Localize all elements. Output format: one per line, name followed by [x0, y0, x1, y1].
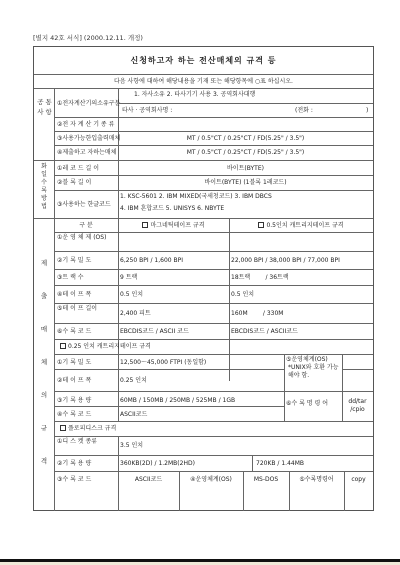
cartridge-05-header: 0.5인치 캐트리지테이프 규격 — [229, 222, 373, 229]
cartridge025-os-input[interactable] — [343, 370, 373, 391]
category-header: 구 분 — [54, 222, 118, 229]
phone-input[interactable] — [319, 105, 364, 115]
media-row-label: ②기 록 밀 도 — [57, 257, 91, 264]
media-row-label: ⑥수 록 코 드 — [57, 328, 91, 335]
cartridge025-width-value[interactable]: 0.25 인치 — [120, 377, 147, 384]
cartridge-width-value[interactable]: 0.5 인치 — [231, 291, 254, 298]
floppy-checkbox[interactable] — [60, 425, 66, 431]
media-row-label: ①운 영 체 제 (OS) — [57, 234, 117, 241]
block-length-label: ②블 록 길 이 — [57, 179, 91, 186]
cartridge-tracks-value[interactable]: 18트랙 / 36트랙 — [231, 274, 289, 281]
cartridge025-command-label: ⑥수 록 명 령 어 — [286, 399, 341, 408]
phone-close: ) — [366, 107, 368, 114]
cartridge-05-checkbox[interactable] — [258, 222, 264, 228]
other-company-input[interactable] — [184, 105, 274, 115]
cartridge-density-value[interactable]: 22,000 BPI / 38,000 BPI / 77,000 BPI — [231, 257, 340, 264]
form-header: [별지 42호 서식] (2000.12.11. 개정) — [33, 33, 143, 42]
submit-media-label: ④제출하고 자하는매체 — [57, 149, 116, 156]
media-row-label: ③트 랙 수 — [57, 274, 84, 281]
floppy-capacity-label: ②기 록 용 량 — [57, 460, 91, 467]
hangul-code-option-line2[interactable]: 4. IBM 혼합코드 5. UNISYS 6. NBYTE — [120, 205, 224, 212]
cartridge025-capacity-value[interactable]: 60MB / 150MB / 250MB / 525MB / 1GB — [120, 397, 235, 404]
cartridge025-os-label: ⑤운영체계(OS) — [286, 356, 328, 363]
computer-type-label: ②전 자 계 산 기 종 류 — [57, 121, 114, 128]
magnetic-tape-header: 마그네틱테이프 규격 — [118, 222, 229, 229]
cartridge025-density-label: ①기 록 밀 도 — [57, 359, 91, 366]
computer-type-input[interactable] — [119, 118, 373, 130]
ownership-options[interactable]: 1. 자사소유 2. 타사기기 사용 3. 공역회사대행 — [134, 91, 255, 98]
form-title: 신청하고자 하는 전산매체의 규격 등 — [34, 57, 373, 64]
io-media-value[interactable]: MT / 0.5"CT / 0.25"CT / FD(5.25" / 3.5") — [118, 135, 373, 142]
media-row-label: ⑤테 이 프 길이 — [57, 305, 117, 312]
section-file-format-label: 화일수록방법 — [34, 163, 54, 211]
other-company-label: 타사 · 공역회사명 : — [122, 107, 172, 114]
hangul-code-label: ③사용하는 한글코드 — [57, 201, 111, 208]
floppy-os-value[interactable]: MS-DOS — [243, 476, 289, 483]
cartridge-025-title: 0.25 인치 캐트리지테이프 규격 — [60, 343, 151, 350]
instruction-text: 다음 사항에 대하여 해당내용을 기재 또는 해당항목에 ○표 하십시오. — [34, 78, 373, 85]
cartridge025-capacity-label: ③기 록 용 량 — [57, 397, 91, 404]
submit-media-value[interactable]: MT / 0.5"CT / 0.25"CT / FD(5.25" / 3.5") — [118, 149, 373, 156]
cartridge-025-checkbox[interactable] — [60, 343, 66, 349]
cartridge025-code-label: ④수 록 코 드 — [57, 411, 91, 418]
cartridge025-command-value[interactable]: dd/tar /cpio — [342, 398, 373, 414]
magnetic-density-value[interactable]: 6,250 BPI / 1,600 BPI — [120, 257, 183, 264]
cartridge025-density-value[interactable]: 12,500～45,000 FTPI (동일함) — [120, 359, 206, 366]
floppy-os-label: ④운영체계(OS) — [179, 476, 243, 483]
floppy-command-label: ⑤수록명령어 — [289, 476, 344, 483]
magnetic-os-input[interactable] — [119, 233, 228, 250]
magnetic-length-value[interactable]: 2,400 피트 — [120, 310, 151, 317]
cartridge-length-value[interactable]: 160M / 330M — [231, 310, 283, 317]
cartridge-code-value[interactable]: EBCDIS코드 / ASCII코드 — [231, 328, 298, 335]
floppy-capacity-value-1[interactable]: 360KB(2D) / 1.2MB(2HD) — [120, 460, 195, 467]
media-row-label: ④테 이 프 폭 — [57, 291, 91, 298]
floppy-type-value[interactable]: 3.5 인치 — [120, 442, 143, 449]
floppy-type-label: ①디 스 켓 종류 — [57, 438, 117, 445]
floppy-code-label: ③수 록 코 드 — [57, 476, 91, 483]
cartridge025-os-note: *UNIX와 호환 가능해야 함. — [288, 364, 340, 380]
cartridge025-code-value[interactable]: ASCII코드 — [120, 411, 147, 418]
ownership-label: ①전자계산기의소유구분 — [57, 100, 120, 107]
magnetic-width-value[interactable]: 0.5 인치 — [120, 291, 143, 298]
magnetic-tape-checkbox[interactable] — [142, 222, 148, 228]
io-media-label: ③사용가능한입출력매체 — [57, 135, 120, 142]
section-common-label: 공 통 사 항 — [34, 97, 55, 157]
magnetic-code-value[interactable]: EBCDIS코드 / ASCII 코드 — [120, 328, 189, 335]
floppy-title: 플로피디스크 규격 — [60, 425, 116, 432]
media-spec-form: 신청하고자 하는 전산매체의 규격 등 다음 사항에 대하여 해당내용을 기재 … — [33, 46, 374, 511]
section-media-spec-label: 제 출 매 체 의 규 격 — [34, 247, 54, 478]
record-length-value[interactable]: 바이트(BYTE) — [118, 165, 373, 172]
record-length-label: ①레 코 드 길 이 — [57, 165, 99, 172]
cartridge025-width-label: ②테 이 프 폭 — [57, 377, 91, 384]
magnetic-tracks-value[interactable]: 9 트랙 — [120, 274, 137, 281]
floppy-capacity-value-2[interactable]: 720KB / 1.44MB — [256, 460, 304, 467]
floppy-code-value[interactable]: ASCII코드 — [118, 476, 179, 483]
floppy-command-value[interactable]: copy — [344, 476, 373, 483]
hangul-code-option-line1[interactable]: 1. KSC-5601 2. IBM MIXED(국세청코드) 3. IBM D… — [120, 193, 272, 200]
phone-label: (전화 : — [295, 107, 313, 114]
block-length-value[interactable]: 바이트(BYTE) (1블록 1레코드) — [118, 179, 373, 186]
cartridge-os-input[interactable] — [230, 233, 373, 250]
